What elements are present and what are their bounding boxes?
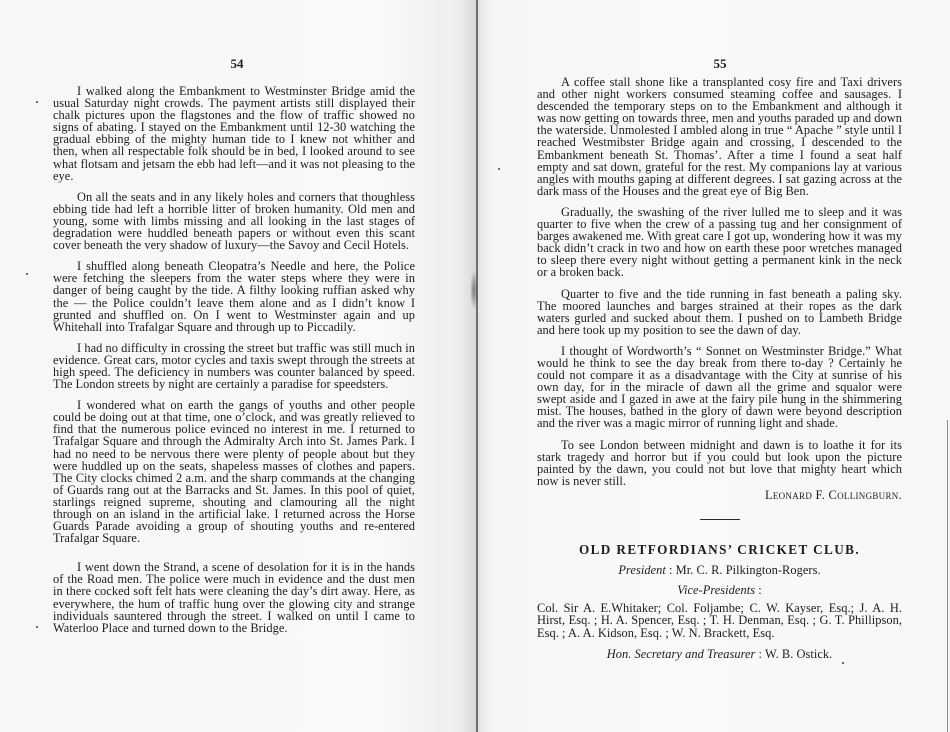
secretary-separator: : bbox=[755, 647, 765, 661]
left-page-body: I walked along the Embankment to Westmin… bbox=[53, 85, 415, 643]
author-signature: Leonard F. Collingburn. bbox=[537, 489, 902, 501]
paragraph: A coffee stall shone like a transplanted… bbox=[537, 76, 902, 197]
paper-speck bbox=[842, 662, 844, 664]
page-number-right: 55 bbox=[708, 56, 732, 72]
club-secretary: Hon. Secretary and Treasurer : W. B. Ost… bbox=[537, 648, 902, 660]
paragraph: To see London between midnight and dawn … bbox=[537, 439, 902, 487]
paper-speck bbox=[36, 101, 38, 103]
spine-shadow bbox=[470, 270, 478, 310]
club-vice-presidents-heading: Vice-Presidents : bbox=[537, 584, 902, 596]
vice-presidents-list: Col. Sir A. E.Whitaker; Col. Foljambe; C… bbox=[537, 602, 902, 639]
right-page-body: A coffee stall shone like a transplanted… bbox=[537, 76, 902, 660]
paragraph: On all the seats and in any likely holes… bbox=[53, 191, 415, 251]
left-page: 54 I walked along the Embankment to West… bbox=[0, 0, 477, 732]
vice-presidents-separator: : bbox=[755, 583, 762, 597]
vice-presidents-label: Vice-Presidents bbox=[677, 583, 755, 597]
section-divider bbox=[700, 519, 740, 520]
book-spine bbox=[476, 0, 478, 732]
paper-speck bbox=[36, 626, 38, 628]
page-edge-line bbox=[947, 420, 948, 732]
book-spread: 54 I walked along the Embankment to West… bbox=[0, 0, 950, 732]
paragraph: I went down the Strand, a scene of desol… bbox=[53, 561, 415, 634]
president-separator: : bbox=[666, 563, 676, 577]
president-label: President bbox=[618, 563, 665, 577]
paragraph: Gradually, the swashing of the river lul… bbox=[537, 206, 902, 279]
secretary-label: Hon. Secretary and Treasurer bbox=[607, 647, 756, 661]
secretary-name: W. B. Ostick. bbox=[765, 647, 832, 661]
page-number-left: 54 bbox=[225, 56, 249, 72]
paragraph: I walked along the Embankment to Westmin… bbox=[53, 85, 415, 182]
club-heading: OLD RETFORDIANS’ CRICKET CLUB. bbox=[537, 544, 902, 556]
paragraph: Quarter to five and the tide running in … bbox=[537, 288, 902, 336]
paragraph: I shuffled along beneath Cleopatra’s Nee… bbox=[53, 260, 415, 333]
paragraph: I thought of Wordworth’s “ Sonnet on Wes… bbox=[537, 345, 902, 430]
paragraph: I wondered what on earth the gangs of yo… bbox=[53, 399, 415, 544]
right-page: 55 A coffee stall shone like a transplan… bbox=[478, 0, 950, 732]
paragraph: I had no difficulty in crossing the stre… bbox=[53, 342, 415, 390]
club-president: President : Mr. C. R. Pilkington-Rogers. bbox=[537, 564, 902, 576]
paper-speck bbox=[26, 273, 28, 275]
paper-speck bbox=[498, 168, 500, 170]
president-name: Mr. C. R. Pilkington-Rogers. bbox=[676, 563, 821, 577]
